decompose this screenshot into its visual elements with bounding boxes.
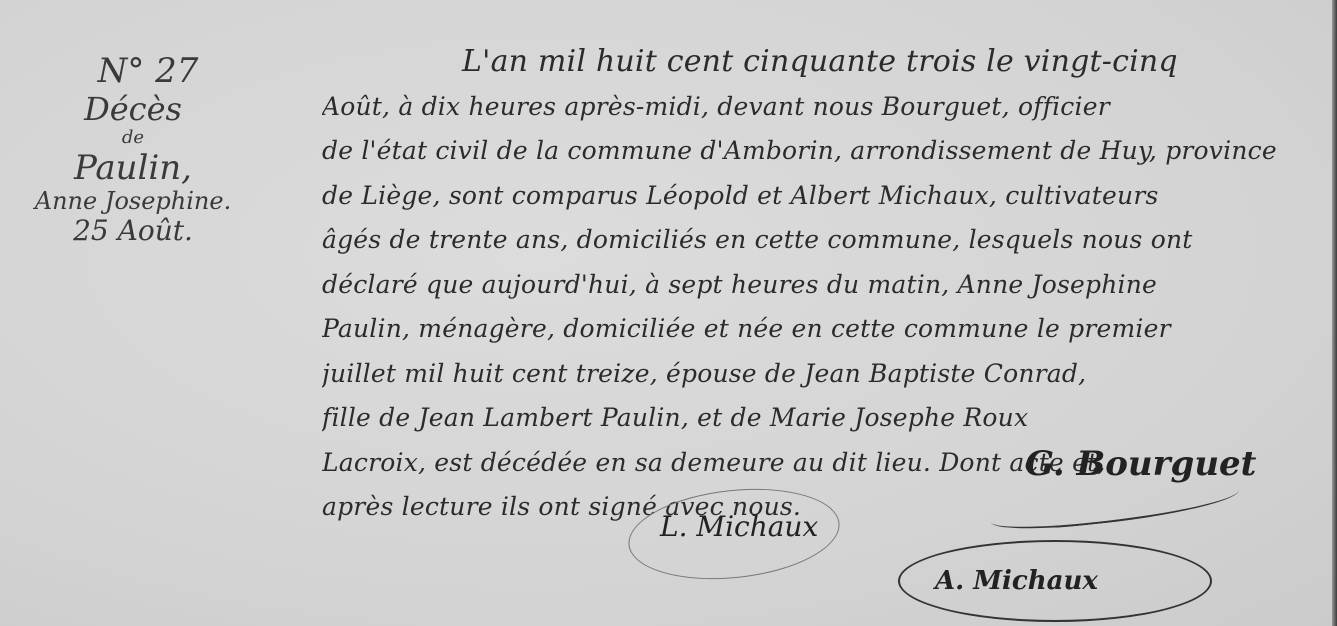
record-type: Décès	[18, 91, 248, 128]
record-date: 25 Août.	[18, 215, 248, 247]
signature-witness-2: A. Michaux	[935, 566, 1098, 596]
signature-witness-1: L. Michaux	[660, 510, 818, 543]
text-line: juillet mil huit cent treize, épouse de …	[322, 352, 1327, 397]
text-line: âgés de trente ans, domiciliés en cette …	[322, 218, 1327, 263]
text-line: Paulin, ménagère, domiciliée et née en c…	[322, 307, 1327, 352]
document-page: N° 27 Décès de Paulin, Anne Josephine. 2…	[0, 0, 1337, 626]
record-number: N° 27	[48, 52, 248, 91]
text-line: fille de Jean Lambert Paulin, et de Mari…	[322, 396, 1327, 441]
text-line: de l'état civil de la commune d'Amborin,…	[322, 129, 1327, 174]
deceased-surname: Paulin,	[18, 149, 248, 188]
record-preposition: de	[18, 128, 248, 149]
text-line: L'an mil huit cent cinquante trois le vi…	[322, 40, 1327, 85]
text-line: Août, à dix heures après-midi, devant no…	[322, 85, 1327, 130]
text-line: de Liège, sont comparus Léopold et Alber…	[322, 174, 1327, 219]
page-edge	[1332, 0, 1337, 626]
deceased-given-names: Anne Josephine.	[18, 188, 248, 216]
text-line: déclaré que aujourd'hui, à sept heures d…	[322, 263, 1327, 308]
margin-note: N° 27 Décès de Paulin, Anne Josephine. 2…	[18, 52, 248, 247]
